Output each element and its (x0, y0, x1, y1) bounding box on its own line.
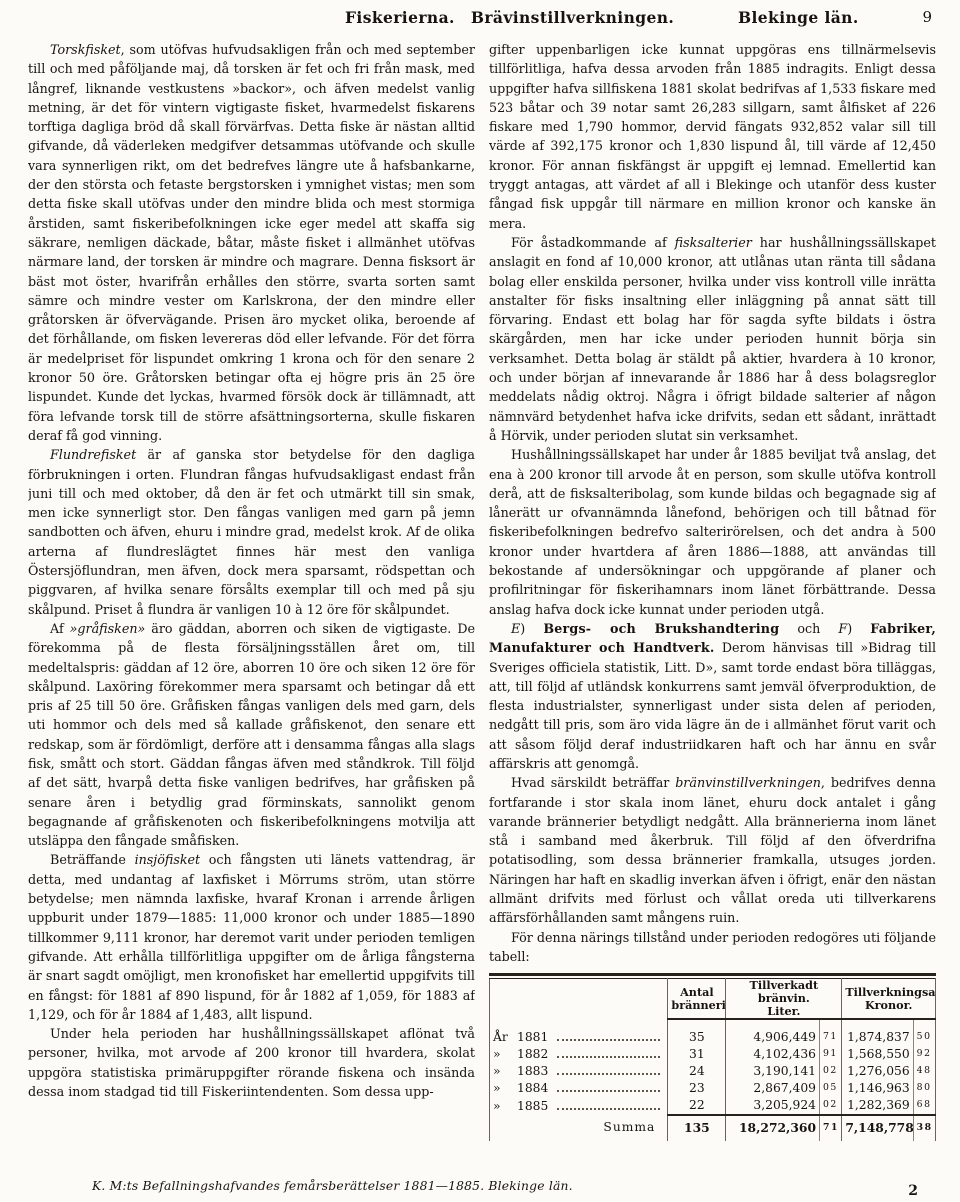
header-line: brännerier. (671, 999, 722, 1012)
table-row: »1882 31 4,102,436 91 1,568,550 92 (490, 1046, 936, 1063)
table-row: År1881 35 4,906,449 71 1,874,837 50 (490, 1019, 936, 1046)
table-row: »1885 22 3,205,924 02 1,282,369 68 (490, 1097, 936, 1115)
kronor-value: 1,282,369 (842, 1097, 913, 1115)
paragraph-text: , som utöfvas hufvudsakligen från och me… (28, 42, 475, 443)
paragraph-text: och fångsten uti länets vattendrag, är d… (28, 852, 475, 1021)
column-header-afgift: Tillverkningsafgift.Kronor. (842, 979, 936, 1020)
year-value: 1885 (517, 1099, 548, 1113)
year-value: 1884 (517, 1081, 548, 1095)
kronor-value: 1,276,056 (842, 1063, 913, 1080)
paragraph-text: Beträffande (50, 852, 135, 867)
kronor-decimal: 48 (913, 1063, 935, 1080)
paragraph-text: ) (520, 621, 543, 636)
italic-lead: Flundrefisket (50, 447, 136, 462)
year-value: 1882 (517, 1047, 548, 1061)
left-column: Torskfisket, som utöfvas hufvudsakligen … (28, 40, 475, 1172)
kronor-decimal: 50 (913, 1019, 935, 1046)
paragraph-insjofisket: Beträffande insjöfisket och fångsten uti… (28, 850, 475, 1024)
scanned-report-page: Fiskerierna.Brävinstillverkningen. Bleki… (0, 0, 960, 1202)
antal-value: 35 (668, 1019, 726, 1046)
year-mark: År (493, 1030, 517, 1044)
italic-lead: »gråfisken» (70, 621, 146, 636)
antal-value: 22 (668, 1097, 726, 1115)
paragraph-text: För åstadkommande af (511, 235, 675, 250)
paragraph-table-intro: För denna närings tillstånd under period… (489, 928, 936, 967)
summa-kronor-decimal: 38 (913, 1115, 935, 1141)
kronor-value: 1,568,550 (842, 1046, 913, 1063)
italic-lead: fisksalterier (675, 235, 752, 250)
paragraph-torskfisket: Torskfisket, som utöfvas hufvudsakligen … (28, 40, 475, 445)
year-value: 1883 (517, 1064, 548, 1078)
paragraph-text: äro gäddan, aborren och siken de vigtiga… (28, 621, 475, 848)
branvin-statistics-table: Antalbrännerier. Tillverkadt bränvin.Lit… (489, 978, 936, 1141)
kronor-decimal: 68 (913, 1097, 935, 1115)
year-mark: » (493, 1099, 517, 1113)
dotted-leader (557, 1107, 660, 1110)
paragraph-grafisken: Af »gråfisken» äro gäddan, aborren och s… (28, 619, 475, 851)
year-mark: » (493, 1047, 517, 1061)
antal-value: 24 (668, 1063, 726, 1080)
right-column: gifter uppenbarligen icke kunnat uppgöra… (489, 40, 936, 1172)
summa-antal: 135 (668, 1115, 726, 1141)
liter-decimal: 91 (820, 1046, 842, 1063)
kronor-value: 1,874,837 (842, 1019, 913, 1046)
section-letter-f: F (838, 621, 847, 636)
italic-lead: bränvinstillverkningen (675, 775, 821, 790)
paragraph-flundrefisket: Flundrefisket är af ganska stor betydels… (28, 445, 475, 619)
dotted-leader (557, 1072, 660, 1075)
paragraph-text: Hvad särskildt beträffar (511, 775, 675, 790)
page-number: 9 (922, 8, 932, 26)
liter-decimal: 02 (820, 1097, 842, 1115)
table-row: »1883 24 3,190,141 02 1,276,056 48 (490, 1063, 936, 1080)
summa-liter-decimal: 71 (820, 1115, 842, 1141)
footer-citation: K. M:ts Befallningshafvandes femårsberät… (92, 1179, 573, 1193)
liter-decimal: 05 (820, 1080, 842, 1097)
liter-decimal: 02 (820, 1063, 842, 1080)
summa-liter: 18,272,360 (726, 1115, 820, 1141)
paragraph-text: gifter uppenbarligen icke kunnat uppgöra… (489, 42, 936, 231)
paragraph-text: har hushållningssällskapet anslagit en f… (489, 235, 936, 443)
paragraph-text: Hushållningssällskapet har under år 1885… (489, 447, 936, 616)
liter-value: 3,205,924 (726, 1097, 820, 1115)
year-mark: » (493, 1064, 517, 1078)
liter-value: 2,867,409 (726, 1080, 820, 1097)
section-letter-e: E (511, 621, 520, 636)
liter-value: 4,906,449 (726, 1019, 820, 1046)
header-region: Blekinge län. (738, 8, 859, 27)
year-mark: » (493, 1081, 517, 1095)
signature-number: 2 (908, 1183, 918, 1199)
paragraph-text: Under hela perioden har hushållningssäll… (28, 1026, 475, 1099)
paragraph-text: Af (50, 621, 70, 636)
italic-lead: insjöfisket (135, 852, 201, 867)
liter-value: 3,190,141 (726, 1063, 820, 1080)
header-title-left: Fiskerierna. (345, 8, 455, 27)
table-corner-cell (490, 979, 668, 1020)
paragraph-text: För denna närings tillstånd under period… (489, 930, 936, 964)
summa-kronor: 7,148,778 (842, 1115, 913, 1141)
paragraph-text: och (779, 621, 838, 636)
header-line: Tillverkadt bränvin. (729, 979, 838, 1005)
kronor-decimal: 80 (913, 1080, 935, 1097)
table-summary-row: Summa 135 18,272,360 71 7,148,778 38 (490, 1115, 936, 1141)
header-line: Kronor. (845, 999, 932, 1012)
column-header-liter: Tillverkadt bränvin.Liter. (726, 979, 842, 1020)
dotted-leader (557, 1089, 660, 1092)
antal-value: 31 (668, 1046, 726, 1063)
antal-value: 23 (668, 1080, 726, 1097)
paragraph-fisksalterier: För åstadkommande af fisksalterier har h… (489, 233, 936, 445)
paragraph-text: är af ganska stor betydelse för den dagl… (28, 447, 475, 616)
paragraph-bergs-och-bruk-heading: E) Bergs- och Brukshandtering och F) Fab… (489, 619, 936, 773)
header-line: Antal (671, 986, 722, 999)
paragraph-text: Derom hänvisas till »Bidrag till Sverige… (489, 640, 936, 771)
header-line: Liter. (729, 1005, 838, 1018)
dotted-leader (557, 1055, 660, 1058)
liter-value: 4,102,436 (726, 1046, 820, 1063)
statistics-table-wrapper: Antalbrännerier. Tillverkadt bränvin.Lit… (489, 973, 936, 1141)
dotted-leader (557, 1038, 660, 1041)
paragraph-text: ) (847, 621, 870, 636)
header-chapter-title: Fiskerierna.Brävinstillverkningen. (345, 8, 674, 27)
italic-lead: Torskfisket (50, 42, 121, 57)
table-header-row: Antalbrännerier. Tillverkadt bränvin.Lit… (490, 979, 936, 1020)
paragraph-continuation: gifter uppenbarligen icke kunnat uppgöra… (489, 40, 936, 233)
column-header-antal: Antalbrännerier. (668, 979, 726, 1020)
kronor-value: 1,146,963 (842, 1080, 913, 1097)
section-heading-bold: Bergs- och Brukshandtering (543, 621, 779, 636)
paragraph-hushallningssallskapet: Under hela perioden har hushållningssäll… (28, 1024, 475, 1101)
header-line: Tillverkningsafgift. (845, 986, 932, 999)
summa-label: Summa (490, 1115, 668, 1141)
header-title-right: Brävinstillverkningen. (471, 8, 674, 27)
liter-decimal: 71 (820, 1019, 842, 1046)
text-columns: Torskfisket, som utöfvas hufvudsakligen … (28, 40, 936, 1172)
table-row: »1884 23 2,867,409 05 1,146,963 80 (490, 1080, 936, 1097)
kronor-decimal: 92 (913, 1046, 935, 1063)
running-header: Fiskerierna.Brävinstillverkningen. Bleki… (0, 8, 960, 32)
paragraph-text: , bedrifves denna fortfarande i stor ska… (489, 775, 936, 925)
paragraph-branvinstillverkning: Hvad särskildt beträffar bränvinstillver… (489, 773, 936, 927)
paragraph-anslag: Hushållningssällskapet har under år 1885… (489, 445, 936, 619)
year-value: 1881 (517, 1030, 548, 1044)
